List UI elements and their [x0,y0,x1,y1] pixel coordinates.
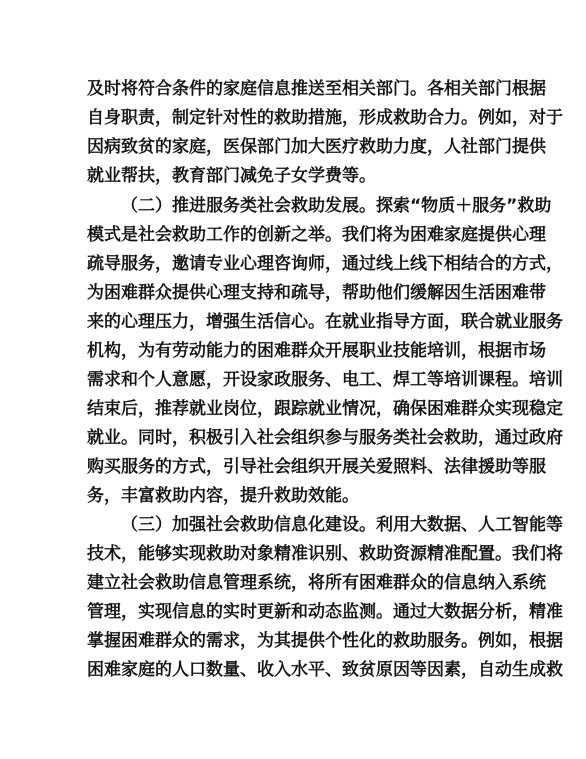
text-line: 来的心理压力，增强生活信心。在就业指导方面，联合就业服务 [87,312,497,341]
text-line: 建立社会救助信息管理系统，将所有困难群众的信息纳入系统 [87,573,497,602]
paragraph-heading-line: （二）推进服务类社会救助发展。探索“物质＋服务”救助 [121,196,497,225]
text-line: 因病致贫的家庭，医保部门加大医疗救助力度，人社部门提供 [87,137,497,166]
text-line: 及时将符合条件的家庭信息推送至相关部门。各相关部门根据 [87,79,497,108]
text-line: 疏导服务，邀请专业心理咨询师，通过线上线下相结合的方式， [87,254,497,283]
text-line: 自身职责，制定针对性的救助措施，形成救助合力。例如，对于 [87,108,497,137]
text-line: 需求和个人意愿，开设家政服务、电工、焊工等培训课程。培训 [87,370,497,399]
text-line: 务，丰富救助内容，提升救助效能。 [87,486,497,515]
text-line: 就业。同时，积极引入社会组织参与服务类社会救助，通过政府 [87,428,497,457]
text-line: 技术，能够实现救助对象精准识别、救助资源精准配置。我们将 [87,544,497,573]
text-line: 机构，为有劳动能力的困难群众开展职业技能培训，根据市场 [87,341,497,370]
paragraph-heading-line: （三）加强社会救助信息化建设。利用大数据、人工智能等 [121,515,497,544]
text-line: 就业帮扶，教育部门减免子女学费等。 [87,166,497,195]
text-line: 管理，实现信息的实时更新和动态监测。通过大数据分析，精准 [87,602,497,631]
text-line: 结束后，推荐就业岗位，跟踪就业情况，确保困难群众实现稳定 [87,399,497,428]
text-line: 模式是社会救助工作的创新之举。我们将为困难家庭提供心理 [87,225,497,254]
text-line: 购买服务的方式，引导社会组织开展关爱照料、法律援助等服 [87,457,497,486]
text-line: 掌握困难群众的需求，为其提供个性化的救助服务。例如，根据 [87,631,497,660]
text-line: 困难家庭的人口数量、收入水平、致贫原因等因素，自动生成救 [87,660,497,689]
document-page: 及时将符合条件的家庭信息推送至相关部门。各相关部门根据 自身职责，制定针对性的救… [0,0,586,759]
text-line: 为困难群众提供心理支持和疏导，帮助他们缓解因生活困难带 [87,283,497,312]
